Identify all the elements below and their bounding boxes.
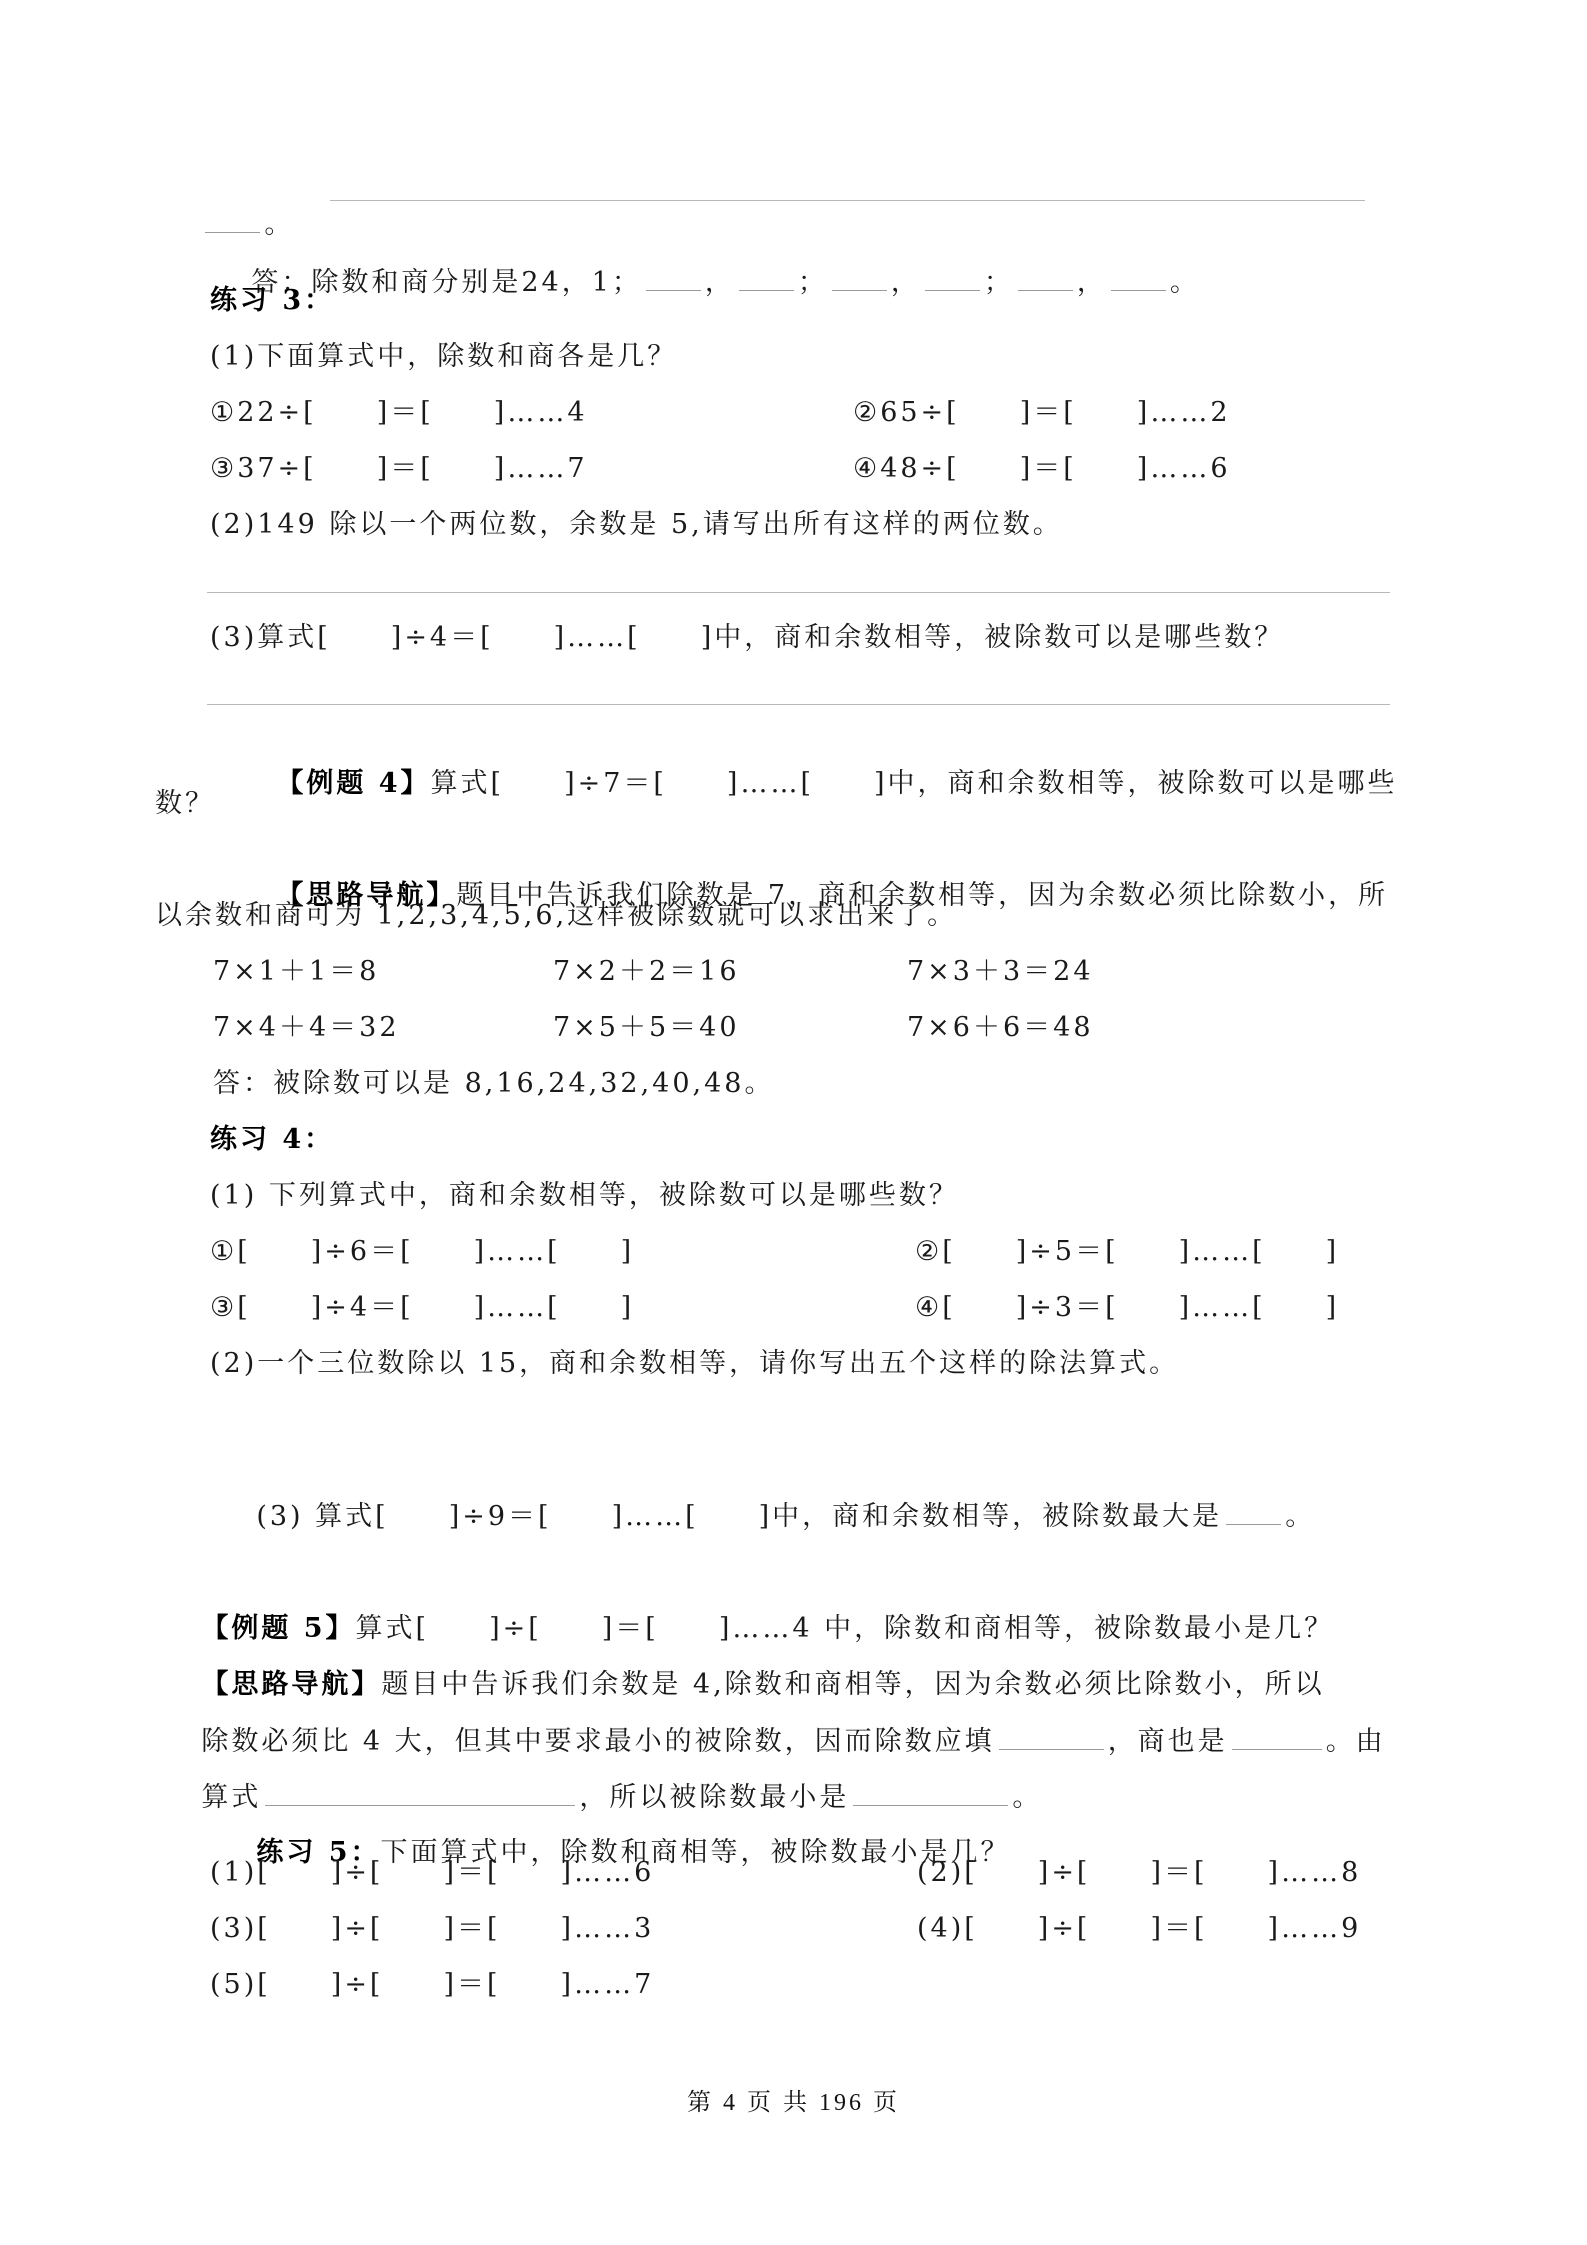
practice5-item-4: (4)[ ]÷[ ]＝[ ]……9 bbox=[917, 1911, 1361, 1947]
fill-blank[interactable] bbox=[1111, 264, 1166, 291]
practice5-item-1: (1)[ ]÷[ ]＝[ ]……6 bbox=[210, 1855, 654, 1891]
practice5-item-5: (5)[ ]÷[ ]＝[ ]……7 bbox=[210, 1967, 654, 2003]
separator: ， bbox=[705, 267, 735, 298]
fill-blank[interactable] bbox=[739, 264, 794, 291]
equation: 7×3＋3＝24 bbox=[907, 954, 1094, 990]
answer-rule-line[interactable] bbox=[207, 704, 1390, 705]
practice3-q2: (2)149 除以一个两位数，余数是 5,请写出所有这样的两位数。 bbox=[210, 507, 1063, 543]
fill-blank[interactable] bbox=[1232, 1723, 1322, 1750]
top-answer-line: 答：除数和商分别是24，1；，；，；，。 bbox=[205, 228, 1200, 337]
practice3-q1-item-3: ③37÷[ ]＝[ ]……7 bbox=[210, 451, 588, 487]
example4-hint-cont: 以余数和商可为 1,2,3,4,5,6,这样被除数就可以求出来了。 bbox=[155, 898, 957, 934]
example4-question-cont: 数？ bbox=[155, 786, 215, 822]
fill-blank[interactable] bbox=[925, 264, 980, 291]
hint-text: ，商也是 bbox=[1108, 1726, 1228, 1757]
equation: 7×6＋6＝48 bbox=[907, 1010, 1094, 1046]
document-page: 。 答：除数和商分别是24，1；，；，；，。 练习 3： (1)下面算式中，除数… bbox=[0, 0, 1587, 2245]
practice5-item-2: (2)[ ]÷[ ]＝[ ]……8 bbox=[917, 1855, 1361, 1891]
separator: ； bbox=[984, 267, 1014, 298]
equation: 7×2＋2＝16 bbox=[553, 954, 740, 990]
separator: ， bbox=[1077, 267, 1107, 298]
separator: 。 bbox=[1170, 267, 1200, 298]
fill-blank[interactable] bbox=[1018, 264, 1073, 291]
fill-blank[interactable] bbox=[1226, 1498, 1281, 1525]
practice4-q1-item-3: ③[ ]÷4＝[ ]……[ ] bbox=[210, 1290, 634, 1326]
example4-answer: 答：被除数可以是 8,16,24,32,40,48。 bbox=[213, 1066, 774, 1102]
separator: ， bbox=[891, 267, 921, 298]
example4-question: 【例题 4】算式[ ]÷7＝[ ]……[ ]中，商和余数相等，被除数可以是哪些 bbox=[230, 730, 1398, 838]
fill-blank[interactable] bbox=[832, 264, 887, 291]
example4-label: 【例题 4】 bbox=[276, 768, 430, 799]
practice4-q3-text: (3) 算式[ ]÷9＝[ ]……[ ]中，商和余数相等，被除数最大是 bbox=[256, 1501, 1222, 1532]
practice3-title: 练习 3： bbox=[210, 283, 334, 319]
practice3-q1-item-4: ④48÷[ ]＝[ ]……6 bbox=[853, 451, 1231, 487]
example4-text: 算式[ ]÷7＝[ ]……[ ]中，商和余数相等，被除数可以是哪些 bbox=[431, 768, 1398, 799]
practice4-q2: (2)一个三位数除以 15，商和余数相等，请你写出五个这样的除法算式。 bbox=[210, 1346, 1179, 1382]
practice4-q1-item-2: ②[ ]÷5＝[ ]……[ ] bbox=[915, 1234, 1339, 1270]
separator: ； bbox=[798, 267, 828, 298]
practice3-q1-item-2: ②65÷[ ]＝[ ]……2 bbox=[853, 395, 1231, 431]
answer-rule-line[interactable] bbox=[207, 592, 1390, 593]
equation: 7×1＋1＝8 bbox=[213, 954, 379, 990]
practice3-q1-item-1: ①22÷[ ]＝[ ]……4 bbox=[210, 395, 588, 431]
hint-text: 。由 bbox=[1326, 1726, 1386, 1757]
practice5-item-3: (3)[ ]÷[ ]＝[ ]……3 bbox=[210, 1911, 654, 1947]
equation: 7×5＋5＝40 bbox=[553, 1010, 740, 1046]
practice4-q1-item-4: ④[ ]÷3＝[ ]……[ ] bbox=[915, 1290, 1339, 1326]
practice4-title: 练习 4： bbox=[210, 1122, 334, 1158]
equation: 7×4＋4＝32 bbox=[213, 1010, 400, 1046]
practice4-q3: (3) 算式[ ]÷9＝[ ]……[ ]中，商和余数相等，被除数最大是。 bbox=[210, 1462, 1315, 1571]
practice3-q3: (3)算式[ ]÷4＝[ ]……[ ]中，商和余数相等，被除数可以是哪些数？ bbox=[210, 620, 1284, 656]
answer-rule-line[interactable] bbox=[330, 200, 1365, 201]
page-footer: 第 4 页 共 196 页 bbox=[0, 2082, 1587, 2117]
fill-blank[interactable] bbox=[646, 264, 701, 291]
period-mark: 。 bbox=[1285, 1501, 1315, 1532]
practice3-q1: (1)下面算式中，除数和商各是几？ bbox=[210, 339, 677, 375]
practice4-q1: (1) 下列算式中，商和余数相等，被除数可以是哪些数？ bbox=[210, 1178, 959, 1214]
practice4-q1-item-1: ①[ ]÷6＝[ ]……[ ] bbox=[210, 1234, 634, 1270]
hint-text: 。 bbox=[1012, 1782, 1042, 1813]
